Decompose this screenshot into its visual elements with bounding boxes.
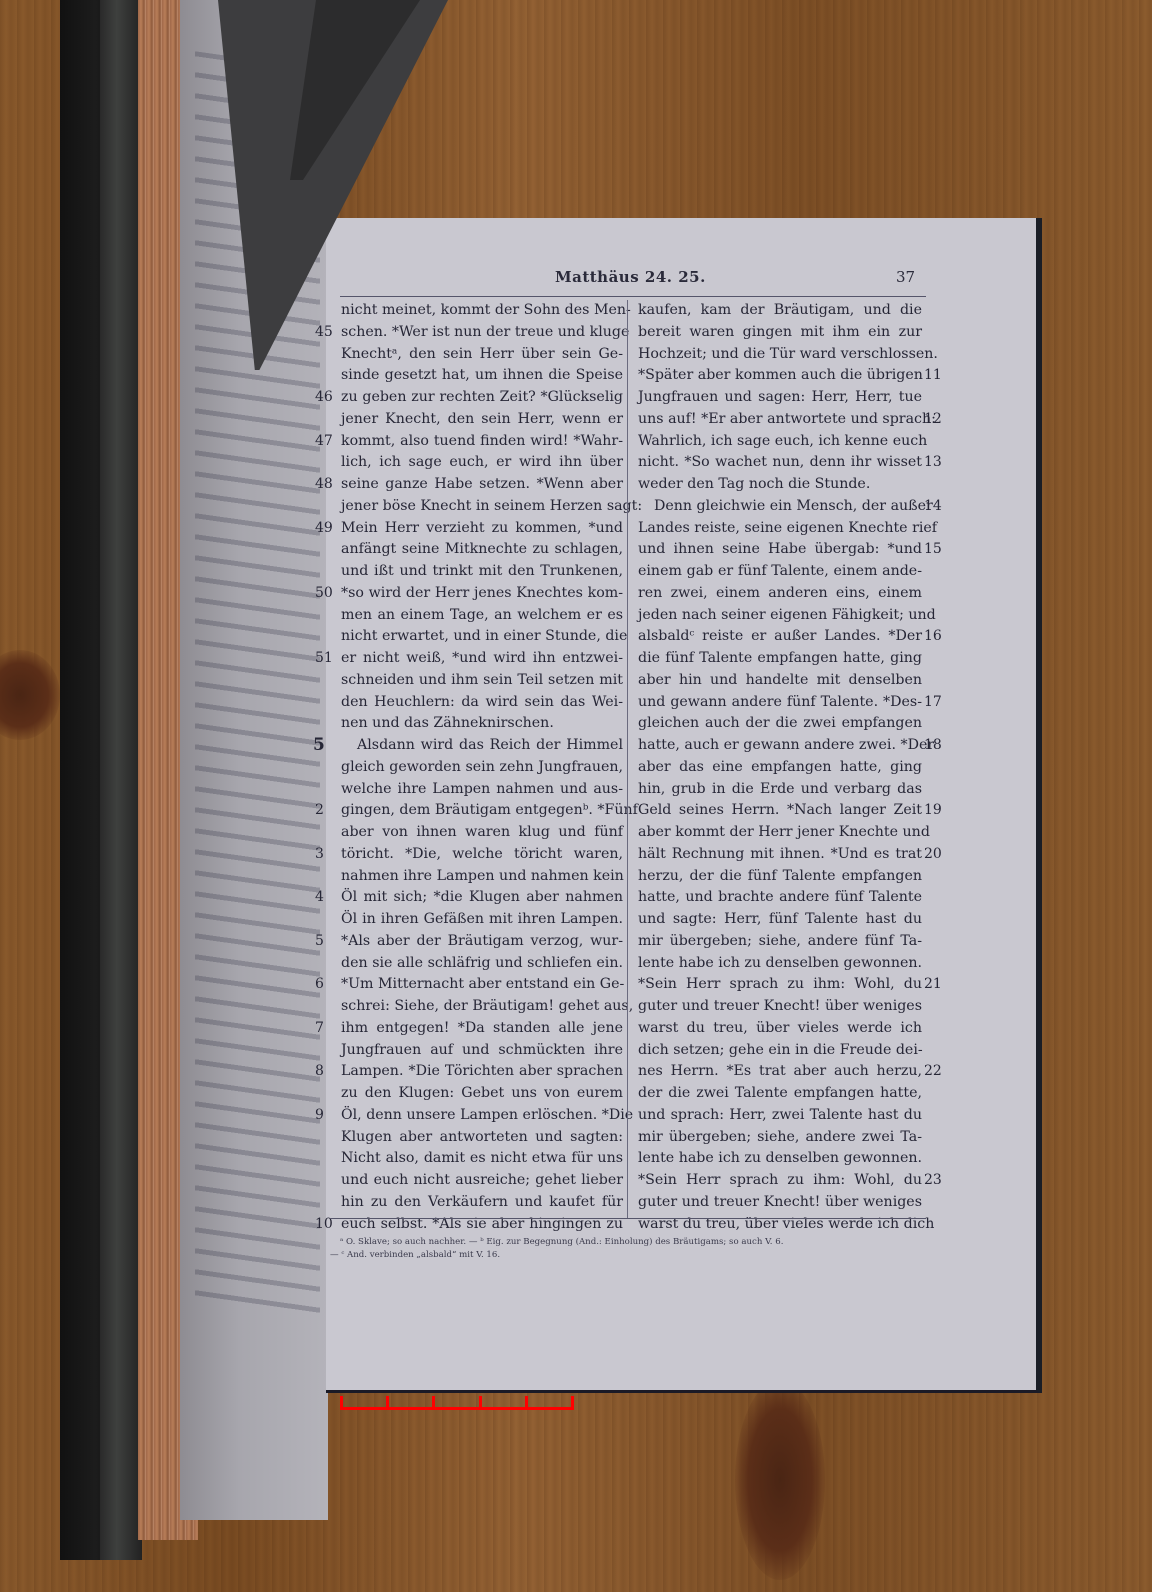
line-text: *Sein Herr sprach zu ihm: Wohl, du	[638, 1172, 922, 1188]
verse-number: 13	[924, 452, 946, 474]
text-line: zu den Klugen: Gebet uns von eurem	[341, 1083, 623, 1105]
text-line: nicht meinet, kommt der Sohn des Men-	[341, 300, 623, 322]
scale-bar-tick	[479, 1396, 482, 1410]
line-text: zu geben zur rechten Zeit? *Glückselig	[341, 389, 623, 405]
text-line: sinde gesetzt hat, um ihnen die Speise	[341, 365, 623, 387]
text-line: warst du treu, über vieles werde ich dic…	[638, 1214, 922, 1236]
line-text: Wahrlich, ich sage euch, ich kenne euch	[638, 433, 927, 449]
line-text: schneiden und ihm sein Teil setzen mit	[341, 672, 623, 688]
line-text: Alsdann wird das Reich der Himmel	[357, 737, 623, 753]
line-text: nicht meinet, kommt der Sohn des Men-	[341, 302, 631, 318]
line-text: nicht erwartet, und in einer Stunde, die	[341, 628, 627, 644]
line-text: seine ganze Habe setzen. *Wenn aber	[341, 476, 623, 492]
text-line: Mein Herr verzieht zu kommen, *und49	[341, 518, 623, 540]
footnote-rule	[330, 1218, 926, 1219]
text-line: jeden nach seiner eigenen Fähigkeit; und	[638, 605, 922, 627]
line-text: nicht. *So wachet nun, denn ihr wisset	[638, 454, 922, 470]
line-text: jeden nach seiner eigenen Fähigkeit; und	[638, 607, 936, 623]
text-line: ren zwei, einem anderen eins, einem	[638, 583, 922, 605]
text-line: lente habe ich zu denselben gewonnen.	[638, 1148, 922, 1170]
verse-number: 45	[315, 322, 339, 344]
text-line: hatte, auch er gewann andere zwei. *Der1…	[638, 735, 922, 757]
text-line: schen. *Wer ist nun der treue und kluge4…	[341, 322, 623, 344]
column-divider	[627, 300, 628, 1218]
text-line: nahmen ihre Lampen und nahmen kein	[341, 866, 623, 888]
text-line: Denn gleichwie ein Mensch, der außer14	[638, 496, 922, 518]
verse-number: 12	[924, 409, 946, 431]
line-text: und ihnen seine Habe übergab: *und	[638, 541, 922, 557]
text-line: hatte, und brachte andere fünf Talente	[638, 887, 922, 909]
text-line: euch selbst. *Als sie aber hingingen zu1…	[341, 1214, 623, 1236]
line-text: welche ihre Lampen nahmen und aus-	[341, 781, 623, 797]
line-text: schen. *Wer ist nun der treue und kluge	[341, 324, 629, 340]
line-text: Öl in ihren Gefäßen mit ihren Lampen.	[341, 911, 623, 927]
verse-number: 18	[924, 735, 946, 757]
line-text: hin, grub in die Erde und verbarg das	[638, 781, 922, 797]
text-line: men an einem Tage, an welchem er es	[341, 605, 623, 627]
scale-bar-tick	[386, 1396, 389, 1410]
text-line: Geld seines Herrn. *Nach langer Zeit19	[638, 800, 922, 822]
verse-number: 9	[315, 1105, 339, 1127]
line-text: mir übergeben; siehe, andere fünf Ta-	[638, 933, 922, 949]
text-line: Hochzeit; und die Tür ward verschlossen.	[638, 344, 922, 366]
text-line: Lampen. *Die Törichten aber sprachen8	[341, 1061, 623, 1083]
text-line: welche ihre Lampen nahmen und aus-	[341, 779, 623, 801]
line-text: und ißt und trinkt mit den Trunkenen,	[341, 563, 623, 579]
text-line: und sprach: Herr, zwei Talente hast du	[638, 1105, 922, 1127]
page-number: 37	[896, 268, 915, 286]
text-line: Öl, denn unsere Lampen erlöschen. *Die9	[341, 1105, 623, 1127]
scale-bar-base	[340, 1407, 574, 1410]
text-line: Jungfrauen auf und schmückten ihre	[341, 1040, 623, 1062]
line-text: den Heuchlern: da wird sein das Wei-	[341, 694, 623, 710]
scale-bar-tick	[432, 1396, 435, 1410]
line-text: hatte, und brachte andere fünf Talente	[638, 889, 922, 905]
line-text: die fünf Talente empfangen hatte, ging	[638, 650, 922, 666]
line-text: dich setzen; gehe ein in die Freude dei-	[638, 1042, 923, 1058]
text-line: Jungfrauen und sagen: Herr, Herr, tue	[638, 387, 922, 409]
line-text: aber das eine empfangen hatte, ging	[638, 759, 922, 775]
text-line: ihm entgegen! *Da standen alle jene7	[341, 1018, 623, 1040]
text-line: *Sein Herr sprach zu ihm: Wohl, du21	[638, 974, 922, 996]
verse-number: 48	[315, 474, 339, 496]
text-line: aber kommt der Herr jener Knechte und	[638, 822, 922, 844]
line-text: Klugen aber antworteten und sagten:	[341, 1129, 623, 1145]
verse-number: 21	[924, 974, 946, 996]
line-text: jener Knecht, den sein Herr, wenn er	[341, 411, 623, 427]
text-line: nicht erwartet, und in einer Stunde, die	[341, 626, 623, 648]
text-line: Alsdann wird das Reich der Himmel5	[341, 735, 623, 757]
text-line: kaufen, kam der Bräutigam, und die	[638, 300, 922, 322]
text-line: jener Knecht, den sein Herr, wenn er	[341, 409, 623, 431]
text-line: gingen, dem Bräutigam entgegenᵇ. *Fünf2	[341, 800, 623, 822]
footnote-line-2: — ᶜ And. verbinden „alsbald“ mit V. 16.	[330, 1250, 500, 1260]
line-text: nes Herrn. *Es trat aber auch herzu,	[638, 1063, 922, 1079]
verse-number: 10	[315, 1214, 339, 1236]
text-line: gleichen auch der die zwei empfangen	[638, 713, 922, 735]
text-line: und gewann andere fünf Talente. *Des-17	[638, 692, 922, 714]
line-text: Geld seines Herrn. *Nach langer Zeit	[638, 802, 922, 818]
verse-number: 6	[315, 974, 339, 996]
line-text: und euch nicht ausreiche; gehet lieber	[341, 1172, 623, 1188]
text-line: *Als aber der Bräutigam verzog, wur-5	[341, 931, 623, 953]
wood-knot	[735, 1380, 825, 1580]
text-line: *so wird der Herr jenes Knechtes kom-50	[341, 583, 623, 605]
line-text: kommt, also tuend finden wird! *Wahr-	[341, 433, 623, 449]
text-line: anfängt seine Mitknechte zu schlagen,	[341, 539, 623, 561]
text-line: Wahrlich, ich sage euch, ich kenne euch	[638, 431, 922, 453]
text-line: aber von ihnen waren klug und fünf	[341, 822, 623, 844]
right-text-column: kaufen, kam der Bräutigam, und diebereit…	[638, 300, 922, 1235]
line-text: Öl, denn unsere Lampen erlöschen. *Die	[341, 1107, 633, 1123]
line-text: gleich geworden sein zehn Jungfrauen,	[341, 759, 623, 775]
header-rule	[340, 296, 926, 297]
scale-bar-tick	[571, 1396, 574, 1410]
line-text: aber hin und handelte mit denselben	[638, 672, 922, 688]
left-text-column: nicht meinet, kommt der Sohn des Men-sch…	[341, 300, 623, 1235]
line-text: der die zwei Talente empfangen hatte,	[638, 1085, 922, 1101]
line-text: guter und treuer Knecht! über weniges	[638, 998, 922, 1014]
verse-number: 19	[924, 800, 946, 822]
text-line: kommt, also tuend finden wird! *Wahr-47	[341, 431, 623, 453]
line-text: ihm entgegen! *Da standen alle jene	[341, 1020, 623, 1036]
verse-number: 23	[924, 1170, 946, 1192]
text-line: dich setzen; gehe ein in die Freude dei-	[638, 1040, 922, 1062]
text-line: herzu, der die fünf Talente empfangen	[638, 866, 922, 888]
text-line: alsbaldᶜ reiste er außer Landes. *Der16	[638, 626, 922, 648]
text-line: mir übergeben; siehe, andere fünf Ta-	[638, 931, 922, 953]
text-line: Öl in ihren Gefäßen mit ihren Lampen.	[341, 909, 623, 931]
line-text: bereit waren gingen mit ihm ein zur	[638, 324, 922, 340]
text-line: bereit waren gingen mit ihm ein zur	[638, 322, 922, 344]
text-line: lich, ich sage euch, er wird ihn über	[341, 452, 623, 474]
verse-number: 15	[924, 539, 946, 561]
text-line: guter und treuer Knecht! über weniges	[638, 1192, 922, 1214]
text-line: hin zu den Verkäufern und kaufet für	[341, 1192, 623, 1214]
line-text: den sie alle schläfrig und schliefen ein…	[341, 955, 623, 971]
line-text: mir übergeben; siehe, andere zwei Ta-	[638, 1129, 922, 1145]
text-line: seine ganze Habe setzen. *Wenn aber48	[341, 474, 623, 496]
line-text: anfängt seine Mitknechte zu schlagen,	[341, 541, 623, 557]
verse-number: 46	[315, 387, 339, 409]
line-text: guter und treuer Knecht! über weniges	[638, 1194, 922, 1210]
line-text: *Um Mitternacht aber entstand ein Ge-	[341, 976, 624, 992]
text-line: gleich geworden sein zehn Jungfrauen,	[341, 757, 623, 779]
wood-knot	[0, 650, 60, 740]
scale-bar	[340, 1396, 574, 1410]
text-line: töricht. *Die, welche töricht waren,3	[341, 844, 623, 866]
text-line: aber das eine empfangen hatte, ging	[638, 757, 922, 779]
text-line: mir übergeben; siehe, andere zwei Ta-	[638, 1127, 922, 1149]
verse-number: 22	[924, 1061, 946, 1083]
line-text: nen und das Zähneknirschen.	[341, 715, 554, 731]
line-text: zu den Klugen: Gebet uns von eurem	[341, 1085, 623, 1101]
line-text: gleichen auch der die zwei empfangen	[638, 715, 922, 731]
verse-number: 8	[315, 1061, 339, 1083]
line-text: lente habe ich zu denselben gewonnen.	[638, 955, 922, 971]
text-line: aber hin und handelte mit denselben	[638, 670, 922, 692]
text-line: hin, grub in die Erde und verbarg das	[638, 779, 922, 801]
text-line: hält Rechnung mit ihnen. *Und es trat20	[638, 844, 922, 866]
verse-number: 3	[315, 844, 339, 866]
verse-number: 2	[315, 800, 339, 822]
footnote-line-1: ᵃ O. Sklave; so auch nachher. — ᵇ Eig. z…	[340, 1237, 783, 1247]
text-line: guter und treuer Knecht! über weniges	[638, 996, 922, 1018]
text-line: nes Herrn. *Es trat aber auch herzu,22	[638, 1061, 922, 1083]
text-line: zu geben zur rechten Zeit? *Glückselig46	[341, 387, 623, 409]
text-line: nen und das Zähneknirschen.	[341, 713, 623, 735]
line-text: lente habe ich zu denselben gewonnen.	[638, 1150, 922, 1166]
line-text: nahmen ihre Lampen und nahmen kein	[341, 868, 624, 884]
text-line: Landes reiste, seine eigenen Knechte rie…	[638, 518, 922, 540]
line-text: *Später aber kommen auch die übrigen	[638, 367, 923, 383]
line-text: einem gab er fünf Talente, einem ande-	[638, 563, 922, 579]
scale-bar-tick	[525, 1396, 528, 1410]
line-text: *so wird der Herr jenes Knechtes kom-	[341, 585, 623, 601]
line-text: sinde gesetzt hat, um ihnen die Speise	[341, 367, 623, 383]
text-line: *Um Mitternacht aber entstand ein Ge-6	[341, 974, 623, 996]
text-line: der die zwei Talente empfangen hatte,	[638, 1083, 922, 1105]
line-text: gingen, dem Bräutigam entgegenᵇ. *Fünf	[341, 802, 638, 818]
line-text: warst du treu, über vieles werde ich	[638, 1020, 922, 1036]
text-line: warst du treu, über vieles werde ich	[638, 1018, 922, 1040]
line-text: ren zwei, einem anderen eins, einem	[638, 585, 922, 601]
scale-bar-tick	[340, 1396, 343, 1410]
running-head: Matthäus 24. 25.	[555, 268, 706, 286]
text-line: und euch nicht ausreiche; gehet lieber	[341, 1170, 623, 1192]
text-line: den sie alle schläfrig und schliefen ein…	[341, 953, 623, 975]
line-text: lich, ich sage euch, er wird ihn über	[341, 454, 623, 470]
verse-number: 5	[315, 931, 339, 953]
text-line: den Heuchlern: da wird sein das Wei-	[341, 692, 623, 714]
line-text: Knechtᵃ, den sein Herr über sein Ge-	[341, 346, 623, 362]
line-text: men an einem Tage, an welchem er es	[341, 607, 623, 623]
text-line: jener böse Knecht in seinem Herzen sagt:	[341, 496, 623, 518]
verse-number: 51	[315, 648, 339, 670]
line-text: hin zu den Verkäufern und kaufet für	[341, 1194, 623, 1210]
text-line: einem gab er fünf Talente, einem ande-	[638, 561, 922, 583]
verse-number: 17	[924, 692, 946, 714]
text-line: nicht. *So wachet nun, denn ihr wisset13	[638, 452, 922, 474]
line-text: uns auf! *Er aber antwortete und sprach:	[638, 411, 936, 427]
text-line: und ißt und trinkt mit den Trunkenen,	[341, 561, 623, 583]
verse-number: 49	[315, 518, 339, 540]
line-text: aber kommt der Herr jener Knechte und	[638, 824, 930, 840]
line-text: Öl mit sich; *die Klugen aber nahmen	[341, 889, 623, 905]
line-text: herzu, der die fünf Talente empfangen	[638, 868, 922, 884]
text-line: Nicht also, damit es nicht etwa für uns	[341, 1148, 623, 1170]
line-text: und sprach: Herr, zwei Talente hast du	[638, 1107, 922, 1123]
text-line: die fünf Talente empfangen hatte, ging	[638, 648, 922, 670]
line-text: Jungfrauen auf und schmückten ihre	[341, 1042, 623, 1058]
verse-number: 4	[315, 887, 339, 909]
line-text: aber von ihnen waren klug und fünf	[341, 824, 623, 840]
line-text: und gewann andere fünf Talente. *Des-	[638, 694, 922, 710]
text-line: uns auf! *Er aber antwortete und sprach:…	[638, 409, 922, 431]
text-line: Knechtᵃ, den sein Herr über sein Ge-	[341, 344, 623, 366]
verse-number: 14	[924, 496, 946, 518]
line-text: Landes reiste, seine eigenen Knechte rie…	[638, 520, 937, 536]
line-text: alsbaldᶜ reiste er außer Landes. *Der	[638, 628, 922, 644]
line-text: weder den Tag noch die Stunde.	[638, 476, 870, 492]
text-line: Öl mit sich; *die Klugen aber nahmen4	[341, 887, 623, 909]
text-line: schneiden und ihm sein Teil setzen mit	[341, 670, 623, 692]
line-text: und sagte: Herr, fünf Talente hast du	[638, 911, 922, 927]
verse-number: 20	[924, 844, 946, 866]
verse-number: 11	[924, 365, 946, 387]
line-text: *Sein Herr sprach zu ihm: Wohl, du	[638, 976, 922, 992]
line-text: hält Rechnung mit ihnen. *Und es trat	[638, 846, 922, 862]
line-text: Hochzeit; und die Tür ward verschlossen.	[638, 346, 938, 362]
line-text: hatte, auch er gewann andere zwei. *Der	[638, 737, 934, 753]
verse-number: 47	[315, 431, 339, 453]
line-text: kaufen, kam der Bräutigam, und die	[638, 302, 922, 318]
book-cover-edge	[100, 0, 142, 1560]
text-line: lente habe ich zu denselben gewonnen.	[638, 953, 922, 975]
line-text: Mein Herr verzieht zu kommen, *und	[341, 520, 623, 536]
line-text: schrei: Siehe, der Bräutigam! gehet aus,	[341, 998, 633, 1014]
text-line: und ihnen seine Habe übergab: *und15	[638, 539, 922, 561]
line-text: Lampen. *Die Törichten aber sprachen	[341, 1063, 623, 1079]
line-text: jener böse Knecht in seinem Herzen sagt:	[341, 498, 642, 514]
text-line: Klugen aber antworteten und sagten:	[341, 1127, 623, 1149]
line-text: töricht. *Die, welche töricht waren,	[341, 846, 623, 862]
text-line: schrei: Siehe, der Bräutigam! gehet aus,	[341, 996, 623, 1018]
text-line: *Später aber kommen auch die übrigen11	[638, 365, 922, 387]
verse-number: 50	[315, 583, 339, 605]
line-text: Nicht also, damit es nicht etwa für uns	[341, 1150, 623, 1166]
text-line: weder den Tag noch die Stunde.	[638, 474, 922, 496]
text-line: *Sein Herr sprach zu ihm: Wohl, du23	[638, 1170, 922, 1192]
line-text: Jungfrauen und sagen: Herr, Herr, tue	[638, 389, 922, 405]
line-text: *Als aber der Bräutigam verzog, wur-	[341, 933, 623, 949]
line-text: er nicht weiß, *und wird ihn entzwei-	[341, 650, 623, 666]
chapter-number: 5	[313, 735, 337, 757]
line-text: Denn gleichwie ein Mensch, der außer	[654, 498, 933, 514]
verse-number: 7	[315, 1018, 339, 1040]
verse-number: 16	[924, 626, 946, 648]
text-line: und sagte: Herr, fünf Talente hast du	[638, 909, 922, 931]
text-line: er nicht weiß, *und wird ihn entzwei-51	[341, 648, 623, 670]
